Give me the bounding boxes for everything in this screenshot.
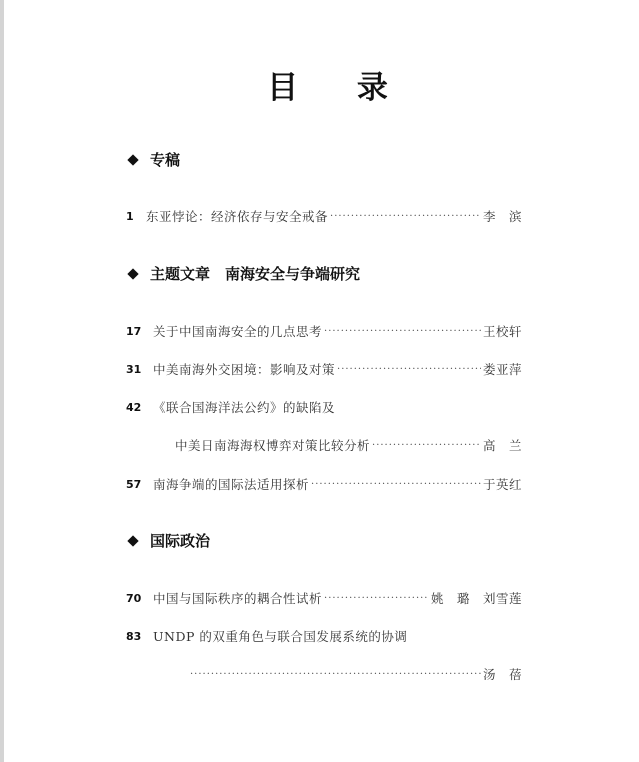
toc-entry-continuation[interactable]: 中美日南海海权博弈对策比较分析 ························… [175, 435, 522, 455]
entry-author: 汤 蓓 [483, 665, 522, 683]
toc-entry-continuation[interactable]: ········································… [188, 664, 522, 684]
toc-entry[interactable]: 57 南海争端的国际法适用探析 ························… [126, 474, 522, 494]
diamond-bullet-icon [127, 268, 138, 279]
diamond-bullet-icon [127, 535, 138, 546]
entry-author: 娄亚萍 [483, 360, 522, 378]
entry-title: 中国与国际秩序的耦合性试析 [153, 589, 322, 607]
section-heading-intl-politics: 国际政治 [127, 530, 210, 551]
entry-title: UNDP 的双重角色与联合国发展系统的协调 [153, 627, 407, 645]
dot-leader: ········································… [324, 593, 429, 604]
toc-entry[interactable]: 17 关于中国南海安全的几点思考 ·······················… [126, 321, 522, 341]
entry-title: 关于中国南海安全的几点思考 [153, 322, 322, 340]
entry-title: 东亚悖论：经济依存与安全戒备 [146, 207, 328, 225]
page-number: 83 [126, 630, 153, 643]
section-heading-label: 国际政治 [150, 530, 210, 551]
dot-leader: ········································… [311, 479, 481, 490]
entry-title: 南海争端的国际法适用探析 [153, 475, 309, 493]
entry-author: 李 滨 [483, 207, 522, 225]
page-number: 31 [126, 363, 153, 376]
section-heading-theme: 主题文章 南海安全与争端研究 [127, 263, 360, 284]
toc-entry[interactable]: 42 《联合国海洋法公约》的缺陷及 [126, 397, 522, 417]
left-border-strip [0, 0, 4, 762]
entry-author: 于英红 [483, 475, 522, 493]
dot-leader: ········································… [372, 440, 481, 451]
toc-entry[interactable]: 83 UNDP 的双重角色与联合国发展系统的协调 [126, 626, 522, 646]
section-heading-special: 专稿 [127, 149, 180, 170]
diamond-bullet-icon [127, 154, 138, 165]
section-heading-label: 主题文章 南海安全与争端研究 [150, 263, 360, 284]
dot-leader: ········································… [190, 669, 481, 680]
dot-leader: ········································… [330, 211, 481, 222]
toc-entry[interactable]: 31 中美南海外交困境：影响及对策 ······················… [126, 359, 522, 379]
entry-title-continuation: 中美日南海海权博弈对策比较分析 [175, 436, 370, 454]
dot-leader: ········································… [337, 364, 481, 375]
page-title: 目 录 [0, 62, 639, 107]
page-number: 42 [126, 401, 153, 414]
page-number: 1 [126, 210, 146, 223]
toc-entry[interactable]: 1 东亚悖论：经济依存与安全戒备 ·······················… [126, 206, 522, 226]
entry-title: 《联合国海洋法公约》的缺陷及 [153, 398, 335, 416]
page-number: 70 [126, 592, 153, 605]
page-number: 57 [126, 478, 153, 491]
entry-author: 王校轩 [483, 322, 522, 340]
page-number: 17 [126, 325, 153, 338]
dot-leader: ········································… [324, 326, 481, 337]
entry-author: 高 兰 [483, 436, 522, 454]
entry-author: 姚 璐 刘雪莲 [431, 589, 522, 607]
entry-title: 中美南海外交困境：影响及对策 [153, 360, 335, 378]
toc-entry[interactable]: 70 中国与国际秩序的耦合性试析 ·······················… [126, 588, 522, 608]
section-heading-label: 专稿 [150, 149, 180, 170]
